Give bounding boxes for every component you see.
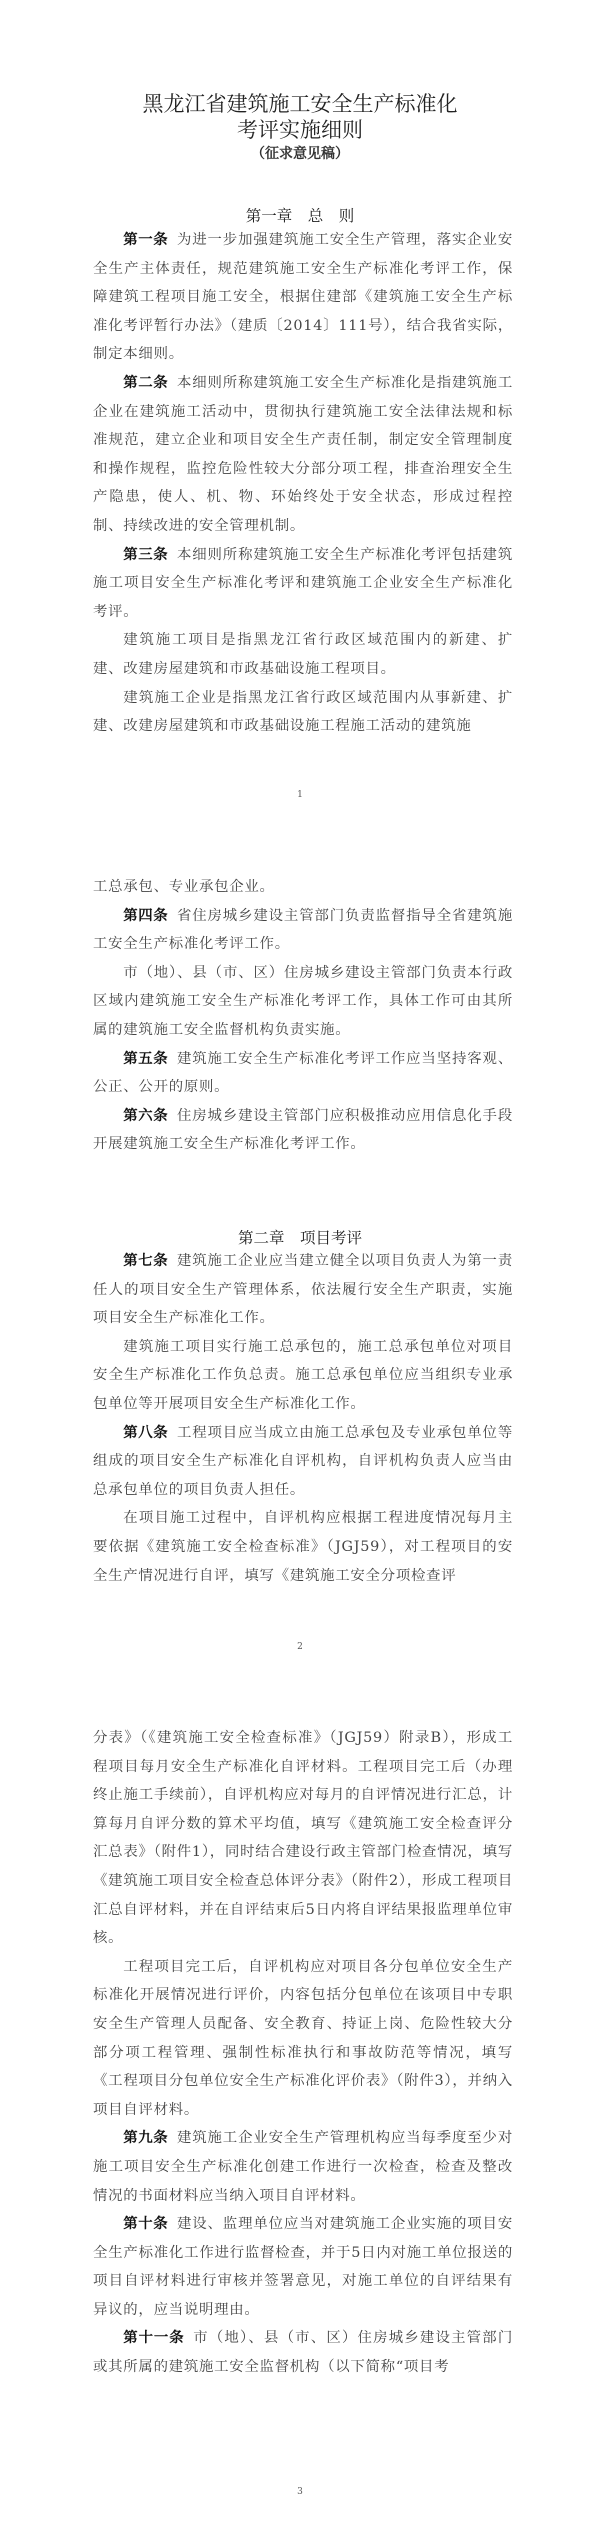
page-1-body: 第一条为进一步加强建筑施工安全生产管理，落实企业安全生产主体责任，规范建筑施工安…	[93, 226, 513, 741]
article-label: 第二条	[123, 374, 168, 391]
article-label: 第七条	[123, 1252, 168, 1269]
page-number: 2	[0, 1642, 600, 1652]
article-label: 第十一条	[123, 2329, 184, 2346]
article-6: 第六条住房城乡建设主管部门应积极推动应用信息化手段开展建筑施工安全生产标准化考评…	[93, 1102, 513, 1159]
paragraph-text: 工程项目完工后，自评机构应对项目各分包单位安全生产标准化开展情况进行评价，内容包…	[93, 1959, 513, 2118]
article-label: 第三条	[123, 546, 168, 563]
paragraph-text: 建筑施工项目是指黑龙江省行政区域范围内的新建、扩建、改建房屋建筑和市政基础设施工…	[93, 632, 513, 677]
article-text: 本细则所称建筑施工安全生产标准化是指建筑施工企业在建筑施工活动中，贯彻执行建筑施…	[93, 375, 513, 534]
chapter-heading-1: 第一章 总 则	[0, 204, 600, 226]
paragraph-text: 建筑施工企业是指黑龙江省行政区域范围内从事新建、扩建、改建房屋建筑和市政基础设施…	[93, 690, 513, 735]
paragraph-text: 建筑施工项目实行施工总承包的，施工总承包单位对项目安全生产标准化工作负总责。施工…	[93, 1339, 513, 1412]
paragraph: 市（地）、县（市、区）住房城乡建设主管部门负责本行政区域内建筑施工安全生产标准化…	[93, 959, 513, 1045]
paragraph: 在项目施工过程中，自评机构应根据工程进度情况每月主要依据《建筑施工安全检查标准》…	[93, 1504, 513, 1590]
page-number: 1	[0, 790, 600, 800]
paragraph: 建筑施工企业是指黑龙江省行政区域范围内从事新建、扩建、改建房屋建筑和市政基础设施…	[93, 684, 513, 741]
paragraph-text: 分表》（《建筑施工安全检查标准》（JGJ59）附录B），形成工程项目每月安全生产…	[93, 1730, 513, 1946]
article-label: 第十条	[123, 2215, 168, 2232]
paragraph-continuation: 工总承包、专业承包企业。	[93, 873, 513, 902]
article-label: 第八条	[123, 1424, 168, 1441]
paragraph: 工程项目完工后，自评机构应对项目各分包单位安全生产标准化开展情况进行评价，内容包…	[93, 1953, 513, 2125]
paragraph-text: 在项目施工过程中，自评机构应根据工程进度情况每月主要依据《建筑施工安全检查标准》…	[93, 1510, 513, 1583]
paragraph-text: 市（地）、县（市、区）住房城乡建设主管部门负责本行政区域内建筑施工安全生产标准化…	[93, 965, 513, 1038]
paragraph: 建筑施工项目实行施工总承包的，施工总承包单位对项目安全生产标准化工作负总责。施工…	[93, 1333, 513, 1419]
article-text: 为进一步加强建筑施工安全生产管理，落实企业安全生产主体责任，规范建筑施工安全生产…	[93, 232, 513, 362]
page-number: 3	[0, 2487, 600, 2497]
article-9: 第九条建筑施工企业安全生产管理机构应当每季度至少对施工项目安全生产标准化创建工作…	[93, 2124, 513, 2210]
article-7: 第七条建筑施工企业应当建立健全以项目负责人为第一责任人的项目安全生产管理体系，依…	[93, 1247, 513, 1333]
article-4: 第四条省住房城乡建设主管部门负责监督指导全省建筑施工安全生产标准化考评工作。	[93, 902, 513, 959]
article-10: 第十条建设、监理单位应当对建筑施工企业实施的项目安全生产标准化工作进行监督检查，…	[93, 2210, 513, 2324]
article-label: 第九条	[123, 2129, 168, 2146]
page-2-body-b: 第七条建筑施工企业应当建立健全以项目负责人为第一责任人的项目安全生产管理体系，依…	[93, 1247, 513, 1590]
page-3-body: 分表》（《建筑施工安全检查标准》（JGJ59）附录B），形成工程项目每月安全生产…	[93, 1724, 513, 2382]
paragraph-text: 工总承包、专业承包企业。	[93, 879, 275, 895]
article-5: 第五条建筑施工安全生产标准化考评工作应当坚持客观、公正、公开的原则。	[93, 1045, 513, 1102]
article-3: 第三条本细则所称建筑施工安全生产标准化考评包括建筑施工项目安全生产标准化考评和建…	[93, 541, 513, 627]
article-label: 第六条	[123, 1107, 168, 1124]
document-title-line2: 考评实施细则	[0, 114, 600, 144]
chapter-heading-2: 第二章 项目考评	[0, 1226, 600, 1248]
document-subtitle: （征求意见稿）	[0, 143, 600, 163]
page-2-body: 工总承包、专业承包企业。 第四条省住房城乡建设主管部门负责监督指导全省建筑施工安…	[93, 873, 513, 1159]
paragraph: 建筑施工项目是指黑龙江省行政区域范围内的新建、扩建、改建房屋建筑和市政基础设施工…	[93, 626, 513, 683]
article-1: 第一条为进一步加强建筑施工安全生产管理，落实企业安全生产主体责任，规范建筑施工安…	[93, 226, 513, 369]
article-label: 第一条	[123, 231, 168, 248]
article-2: 第二条本细则所称建筑施工安全生产标准化是指建筑施工企业在建筑施工活动中，贯彻执行…	[93, 369, 513, 541]
paragraph-continuation: 分表》（《建筑施工安全检查标准》（JGJ59）附录B），形成工程项目每月安全生产…	[93, 1724, 513, 1953]
article-label: 第四条	[123, 907, 168, 924]
article-11: 第十一条市（地）、县（市、区）住房城乡建设主管部门或其所属的建筑施工安全监督机构…	[93, 2324, 513, 2381]
article-label: 第五条	[123, 1050, 168, 1067]
article-8: 第八条工程项目应当成立由施工总承包及专业承包单位等组成的项目安全生产标准化自评机…	[93, 1419, 513, 1505]
